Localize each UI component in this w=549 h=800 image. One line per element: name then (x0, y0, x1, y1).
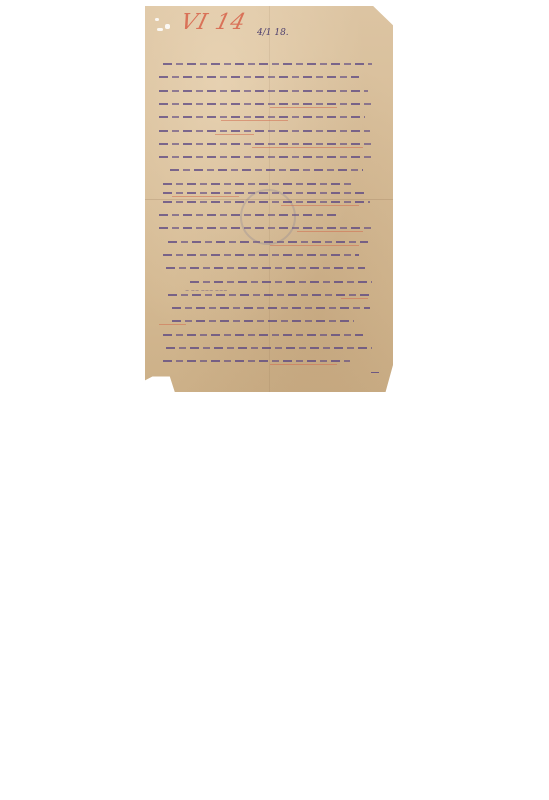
red-underline (297, 231, 364, 232)
ink-strokes (159, 214, 337, 216)
handwritten-line (159, 201, 381, 203)
handwritten-line (159, 63, 381, 65)
handwritten-line (159, 90, 381, 92)
ink-strokes (163, 254, 358, 256)
handwritten-line (159, 334, 381, 336)
ink-strokes (159, 76, 359, 78)
ink-strokes (159, 227, 374, 229)
handwritten-line (159, 183, 381, 185)
handwritten-line (159, 360, 381, 362)
handwritten-line (159, 103, 381, 105)
ink-strokes (172, 320, 354, 322)
red-underline (341, 298, 368, 299)
red-underline (215, 134, 255, 135)
handwritten-line (159, 267, 381, 269)
closing-dash (371, 372, 379, 373)
ink-strokes (163, 192, 367, 194)
ink-strokes (163, 63, 372, 65)
document-page: VI 14 4/1 18. ~ ~~ ~~~ ~~~ (145, 6, 393, 392)
ink-strokes (163, 360, 349, 362)
ink-strokes (168, 294, 372, 296)
handwritten-line (159, 116, 381, 118)
handwritten-line (159, 192, 381, 194)
red-underline (172, 196, 239, 197)
ink-strokes (172, 307, 370, 309)
ink-strokes (170, 169, 363, 171)
faded-stamp (240, 189, 296, 245)
red-underline (252, 147, 363, 148)
handwritten-line (159, 281, 381, 283)
handwritten-line (159, 347, 381, 349)
date-heading: 4/1 18. (257, 28, 289, 38)
handwritten-line (159, 241, 381, 243)
red-underline (159, 324, 186, 325)
ink-strokes (159, 103, 374, 105)
ink-strokes (159, 156, 372, 158)
handwritten-line (159, 254, 381, 256)
ink-strokes (159, 116, 365, 118)
red-underline (270, 245, 359, 246)
ink-strokes (159, 143, 374, 145)
handwritten-line (159, 156, 381, 158)
ink-strokes (163, 334, 363, 336)
handwritten-line (159, 307, 381, 309)
red-underline (270, 107, 337, 108)
handwritten-line (159, 294, 381, 296)
ink-strokes (159, 130, 370, 132)
ink-strokes (168, 241, 368, 243)
ink-strokes (166, 267, 366, 269)
ink-strokes (163, 201, 369, 203)
handwritten-line (159, 130, 381, 132)
handwritten-line (159, 320, 381, 322)
red-underline (281, 205, 359, 206)
ink-strokes (190, 281, 372, 283)
ink-strokes (163, 183, 354, 185)
ink-strokes (166, 347, 372, 349)
red-underline (221, 120, 288, 121)
handwritten-line (159, 227, 381, 229)
handwritten-line (159, 143, 381, 145)
handwritten-line (159, 214, 381, 216)
archive-mark: VI 14 (178, 10, 249, 35)
interlinear-annotation: ~ ~~ ~~~ ~~~ (185, 288, 227, 294)
handwritten-line (159, 169, 381, 171)
handwritten-line (159, 76, 381, 78)
red-underline (270, 364, 337, 365)
ink-strokes (159, 90, 368, 92)
